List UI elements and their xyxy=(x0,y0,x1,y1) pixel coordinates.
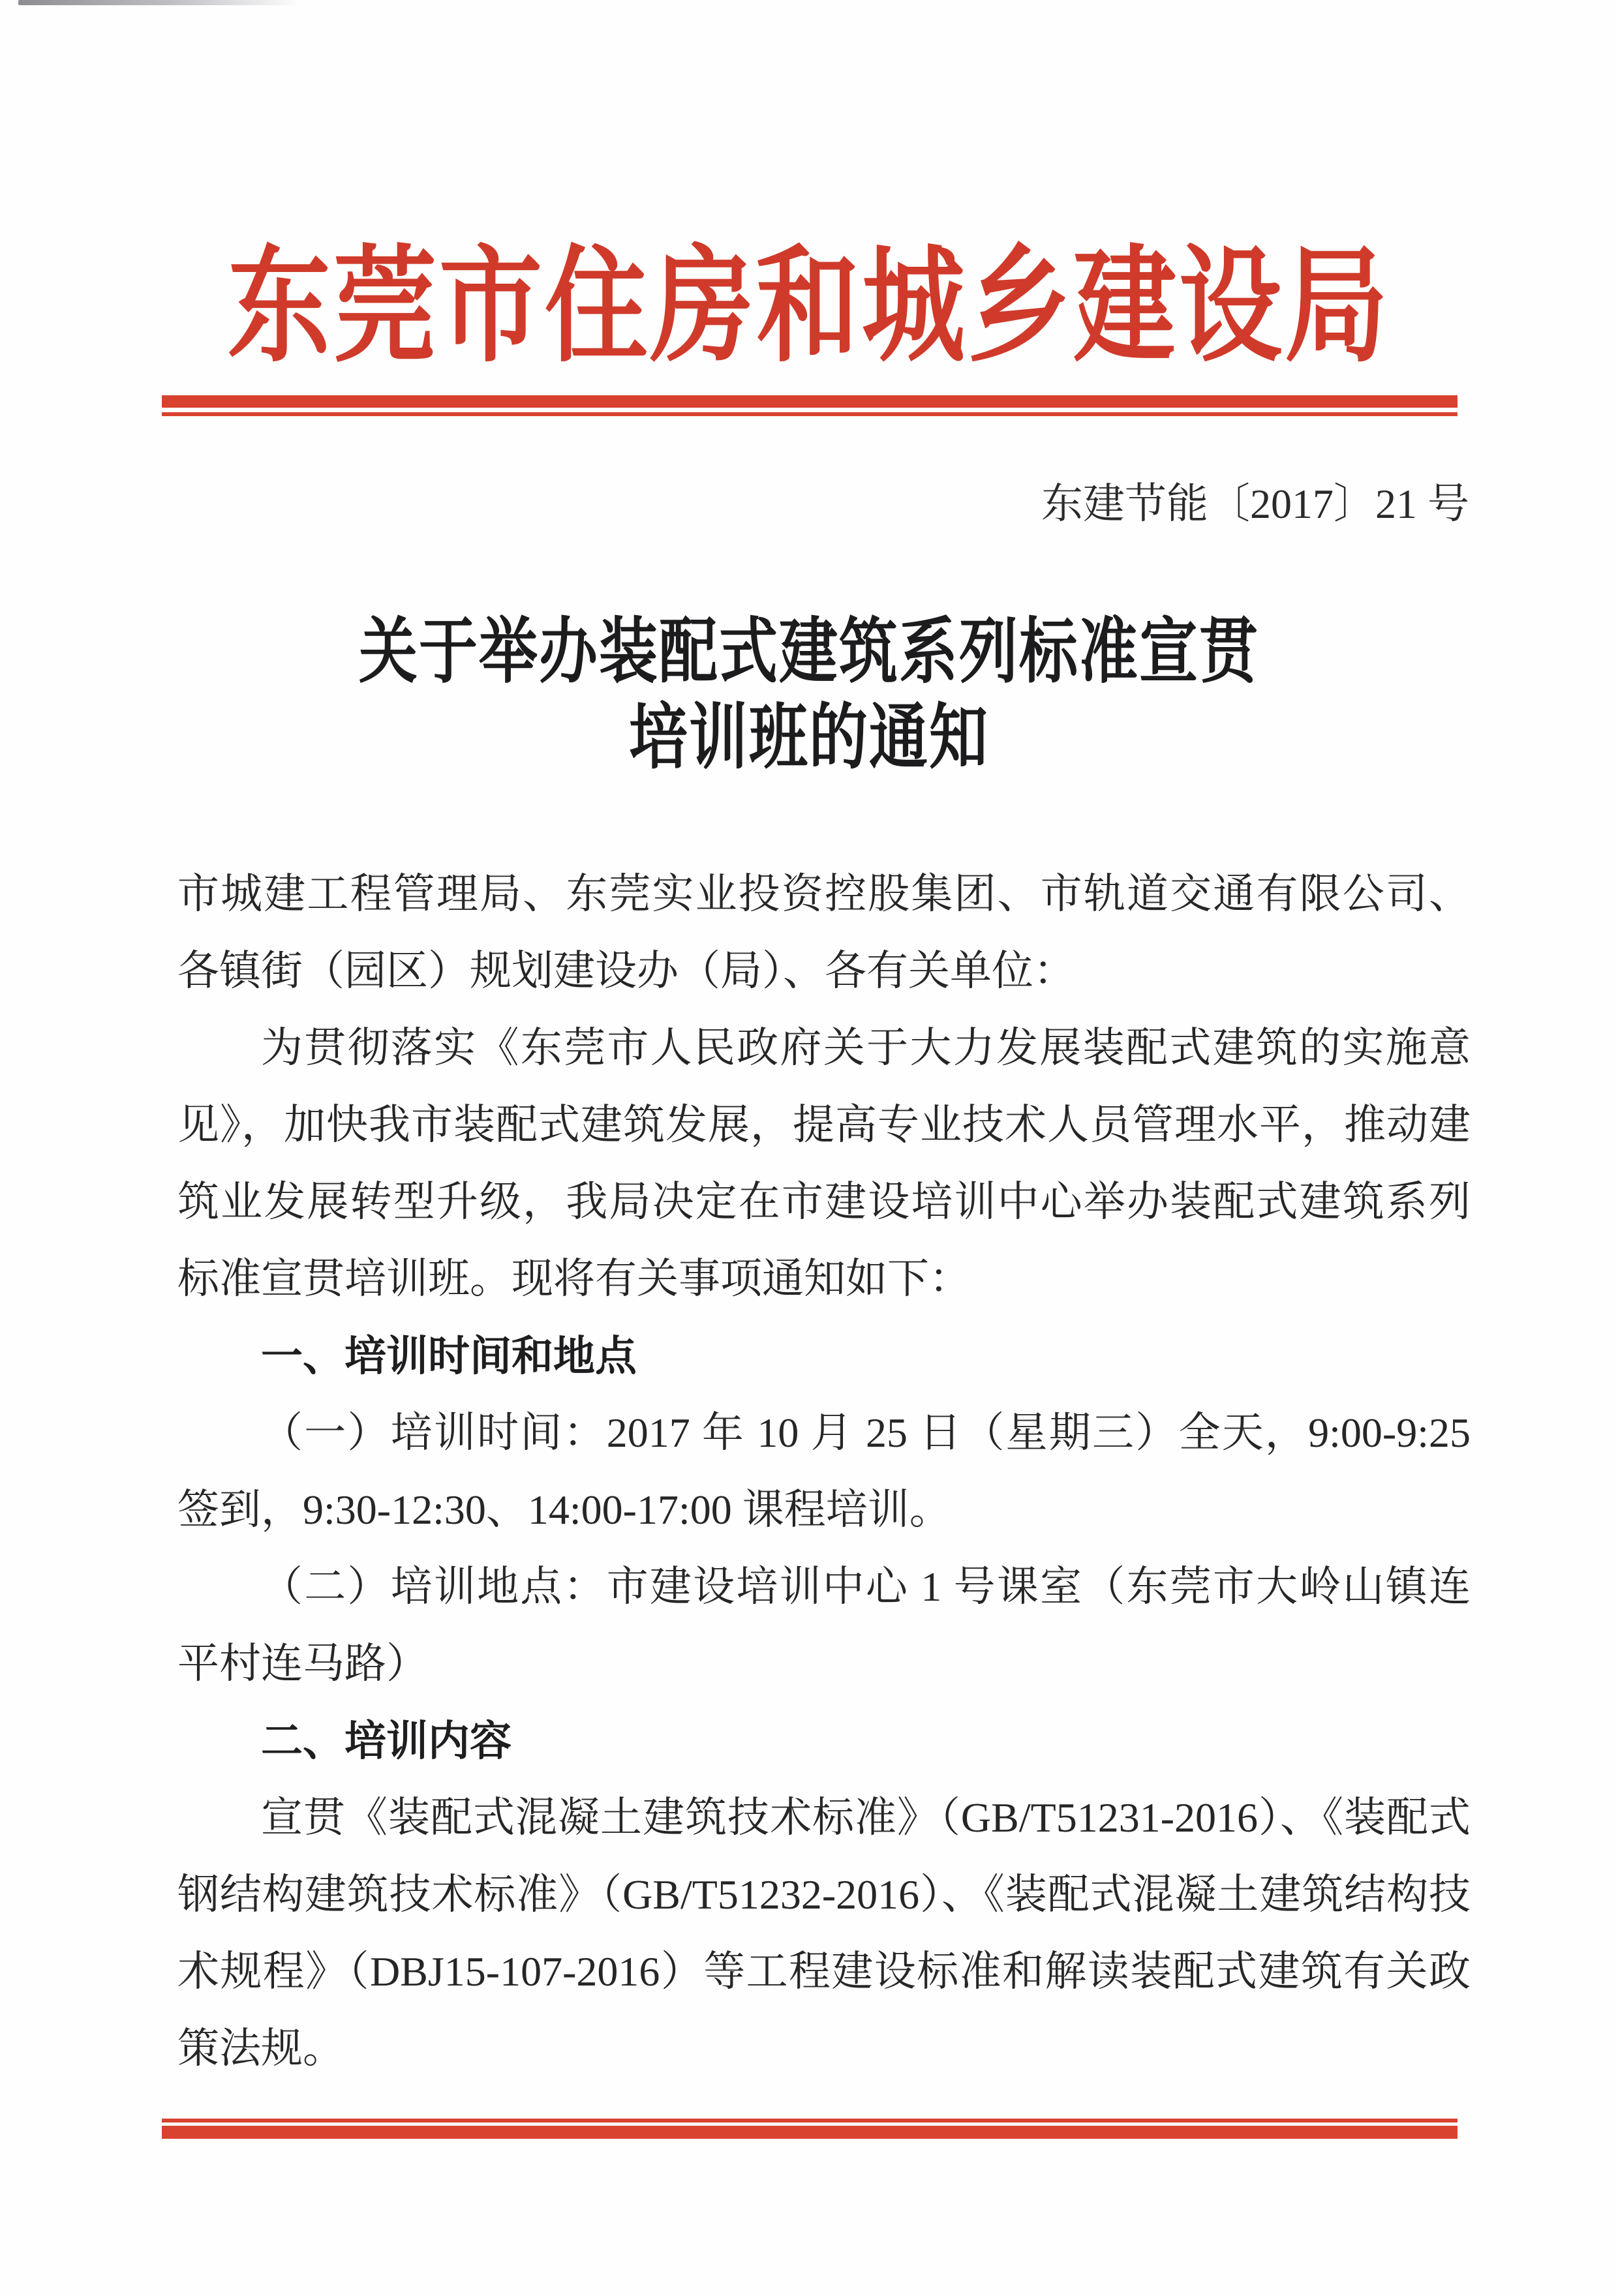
section1-heading: 一、培训时间和地点 xyxy=(177,1318,1471,1395)
section2-item-content: 宣贯《装配式混凝土建筑技术标准》（GB/T51231-2016）、《装配式钢结构… xyxy=(177,1779,1471,2087)
section1-item-location: （二）培训地点：市建设培训中心 1 号课室（东莞市大岭山镇连平村连马路） xyxy=(177,1548,1471,1702)
document-title: 关于举办装配式建筑系列标准宣贯 培训班的通知 xyxy=(0,610,1618,782)
header-rule-thick xyxy=(162,395,1458,408)
section1-item-time: （一）培训时间：2017 年 10 月 25 日（星期三）全天，9:00-9:2… xyxy=(177,1395,1471,1548)
intro-paragraph: 为贯彻落实《东莞市人民政府关于大力发展装配式建筑的实施意见》，加快我市装配式建筑… xyxy=(177,1010,1471,1318)
footer-rule-thick xyxy=(162,2126,1458,2139)
document-page: 东莞市住房和城乡建设局 东建节能〔2017〕21 号 关于举办装配式建筑系列标准… xyxy=(0,0,1618,2296)
agency-letterhead: 东莞市住房和城乡建设局 xyxy=(0,245,1618,371)
footer-rule-thin xyxy=(162,2119,1458,2122)
recipients-paragraph: 市城建工程管理局、东莞实业投资控股集团、市轨道交通有限公司、各镇街（园区）规划建… xyxy=(177,856,1471,1010)
document-title-line1: 关于举办装配式建筑系列标准宣贯 xyxy=(0,610,1618,696)
document-title-line2: 培训班的通知 xyxy=(0,696,1618,782)
header-rule-thin xyxy=(162,412,1458,416)
scan-edge-artifact xyxy=(18,0,299,5)
section2-heading: 二、培训内容 xyxy=(177,1702,1471,1779)
document-number: 东建节能〔2017〕21 号 xyxy=(177,481,1469,527)
document-body: 市城建工程管理局、东莞实业投资控股集团、市轨道交通有限公司、各镇街（园区）规划建… xyxy=(177,856,1471,2087)
